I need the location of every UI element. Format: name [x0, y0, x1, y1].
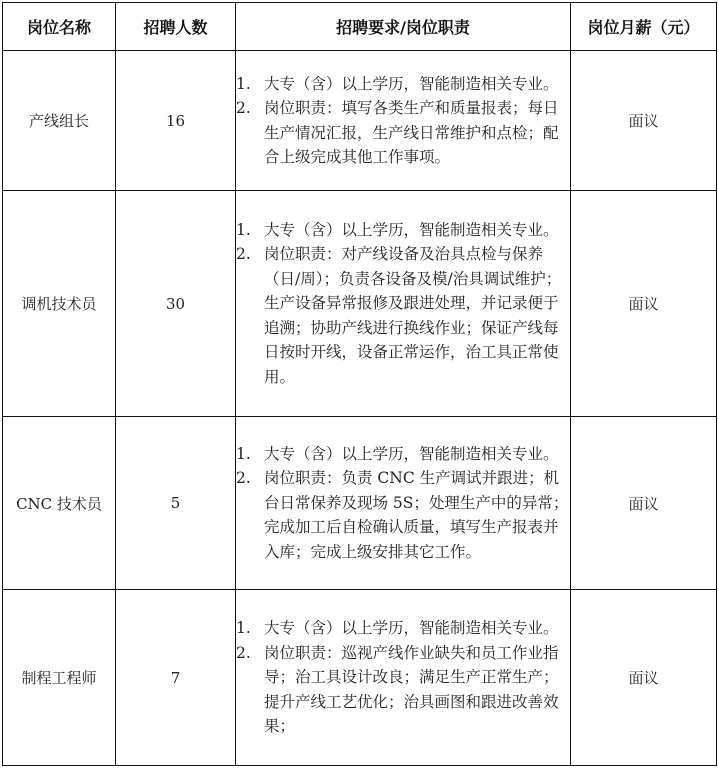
position-name: 制程工程师	[3, 590, 116, 766]
table-row: 产线组长 16 1.大专（含）以上学历，智能制造相关专业。 2.岗位职责：填写各…	[3, 51, 717, 191]
header-count: 招聘人数	[116, 3, 236, 51]
header-position: 岗位名称	[3, 3, 116, 51]
requirement-item: 1.大专（含）以上学历，智能制造相关专业。	[236, 442, 570, 467]
requirement-item: 1.大专（含）以上学历，智能制造相关专业。	[236, 218, 570, 243]
table-row: 调机技术员 30 1.大专（含）以上学历，智能制造相关专业。 2.岗位职责：对产…	[3, 191, 717, 417]
salary: 面议	[571, 191, 717, 417]
position-name: 调机技术员	[3, 191, 116, 417]
requirement-item: 2.岗位职责：对产线设备及治具点检与保养（日/周）；负责各设备及模/治具调试维护…	[236, 242, 570, 389]
headcount: 7	[116, 590, 236, 766]
requirement-item: 1.大专（含）以上学历，智能制造相关专业。	[236, 72, 570, 97]
headcount: 16	[116, 51, 236, 191]
requirements-cell: 1.大专（含）以上学历，智能制造相关专业。 2.岗位职责：对产线设备及治具点检与…	[236, 191, 571, 417]
position-name: 产线组长	[3, 51, 116, 191]
requirements-cell: 1.大专（含）以上学历，智能制造相关专业。 2.岗位职责：负责 CNC 生产调试…	[236, 417, 571, 590]
requirements-cell: 1.大专（含）以上学历，智能制造相关专业。 2.岗位职责：巡视产线作业缺失和员工…	[236, 590, 571, 766]
salary: 面议	[571, 417, 717, 590]
header-requirements: 招聘要求/岗位职责	[236, 3, 571, 51]
job-table: 岗位名称 招聘人数 招聘要求/岗位职责 岗位月薪（元） 产线组长 16 1.大专…	[2, 2, 717, 766]
requirement-item: 1.大专（含）以上学历，智能制造相关专业。	[236, 616, 570, 641]
headcount: 5	[116, 417, 236, 590]
header-salary: 岗位月薪（元）	[571, 3, 717, 51]
salary: 面议	[571, 590, 717, 766]
salary: 面议	[571, 51, 717, 191]
headcount: 30	[116, 191, 236, 417]
requirement-item: 2.岗位职责：负责 CNC 生产调试并跟进；机台日常保养及现场 5S；处理生产中…	[236, 466, 570, 564]
table-row: CNC 技术员 5 1.大专（含）以上学历，智能制造相关专业。 2.岗位职责：负…	[3, 417, 717, 590]
table-row: 制程工程师 7 1.大专（含）以上学历，智能制造相关专业。 2.岗位职责：巡视产…	[3, 590, 717, 766]
requirement-item: 2.岗位职责：巡视产线作业缺失和员工作业指导；治工具设计改良；满足生产正常生产；…	[236, 641, 570, 739]
position-name: CNC 技术员	[3, 417, 116, 590]
header-row: 岗位名称 招聘人数 招聘要求/岗位职责 岗位月薪（元）	[3, 3, 717, 51]
requirement-item: 2.岗位职责：填写各类生产和质量报表；每日生产情况汇报，生产线日常维护和点检；配…	[236, 96, 570, 170]
requirements-cell: 1.大专（含）以上学历，智能制造相关专业。 2.岗位职责：填写各类生产和质量报表…	[236, 51, 571, 191]
